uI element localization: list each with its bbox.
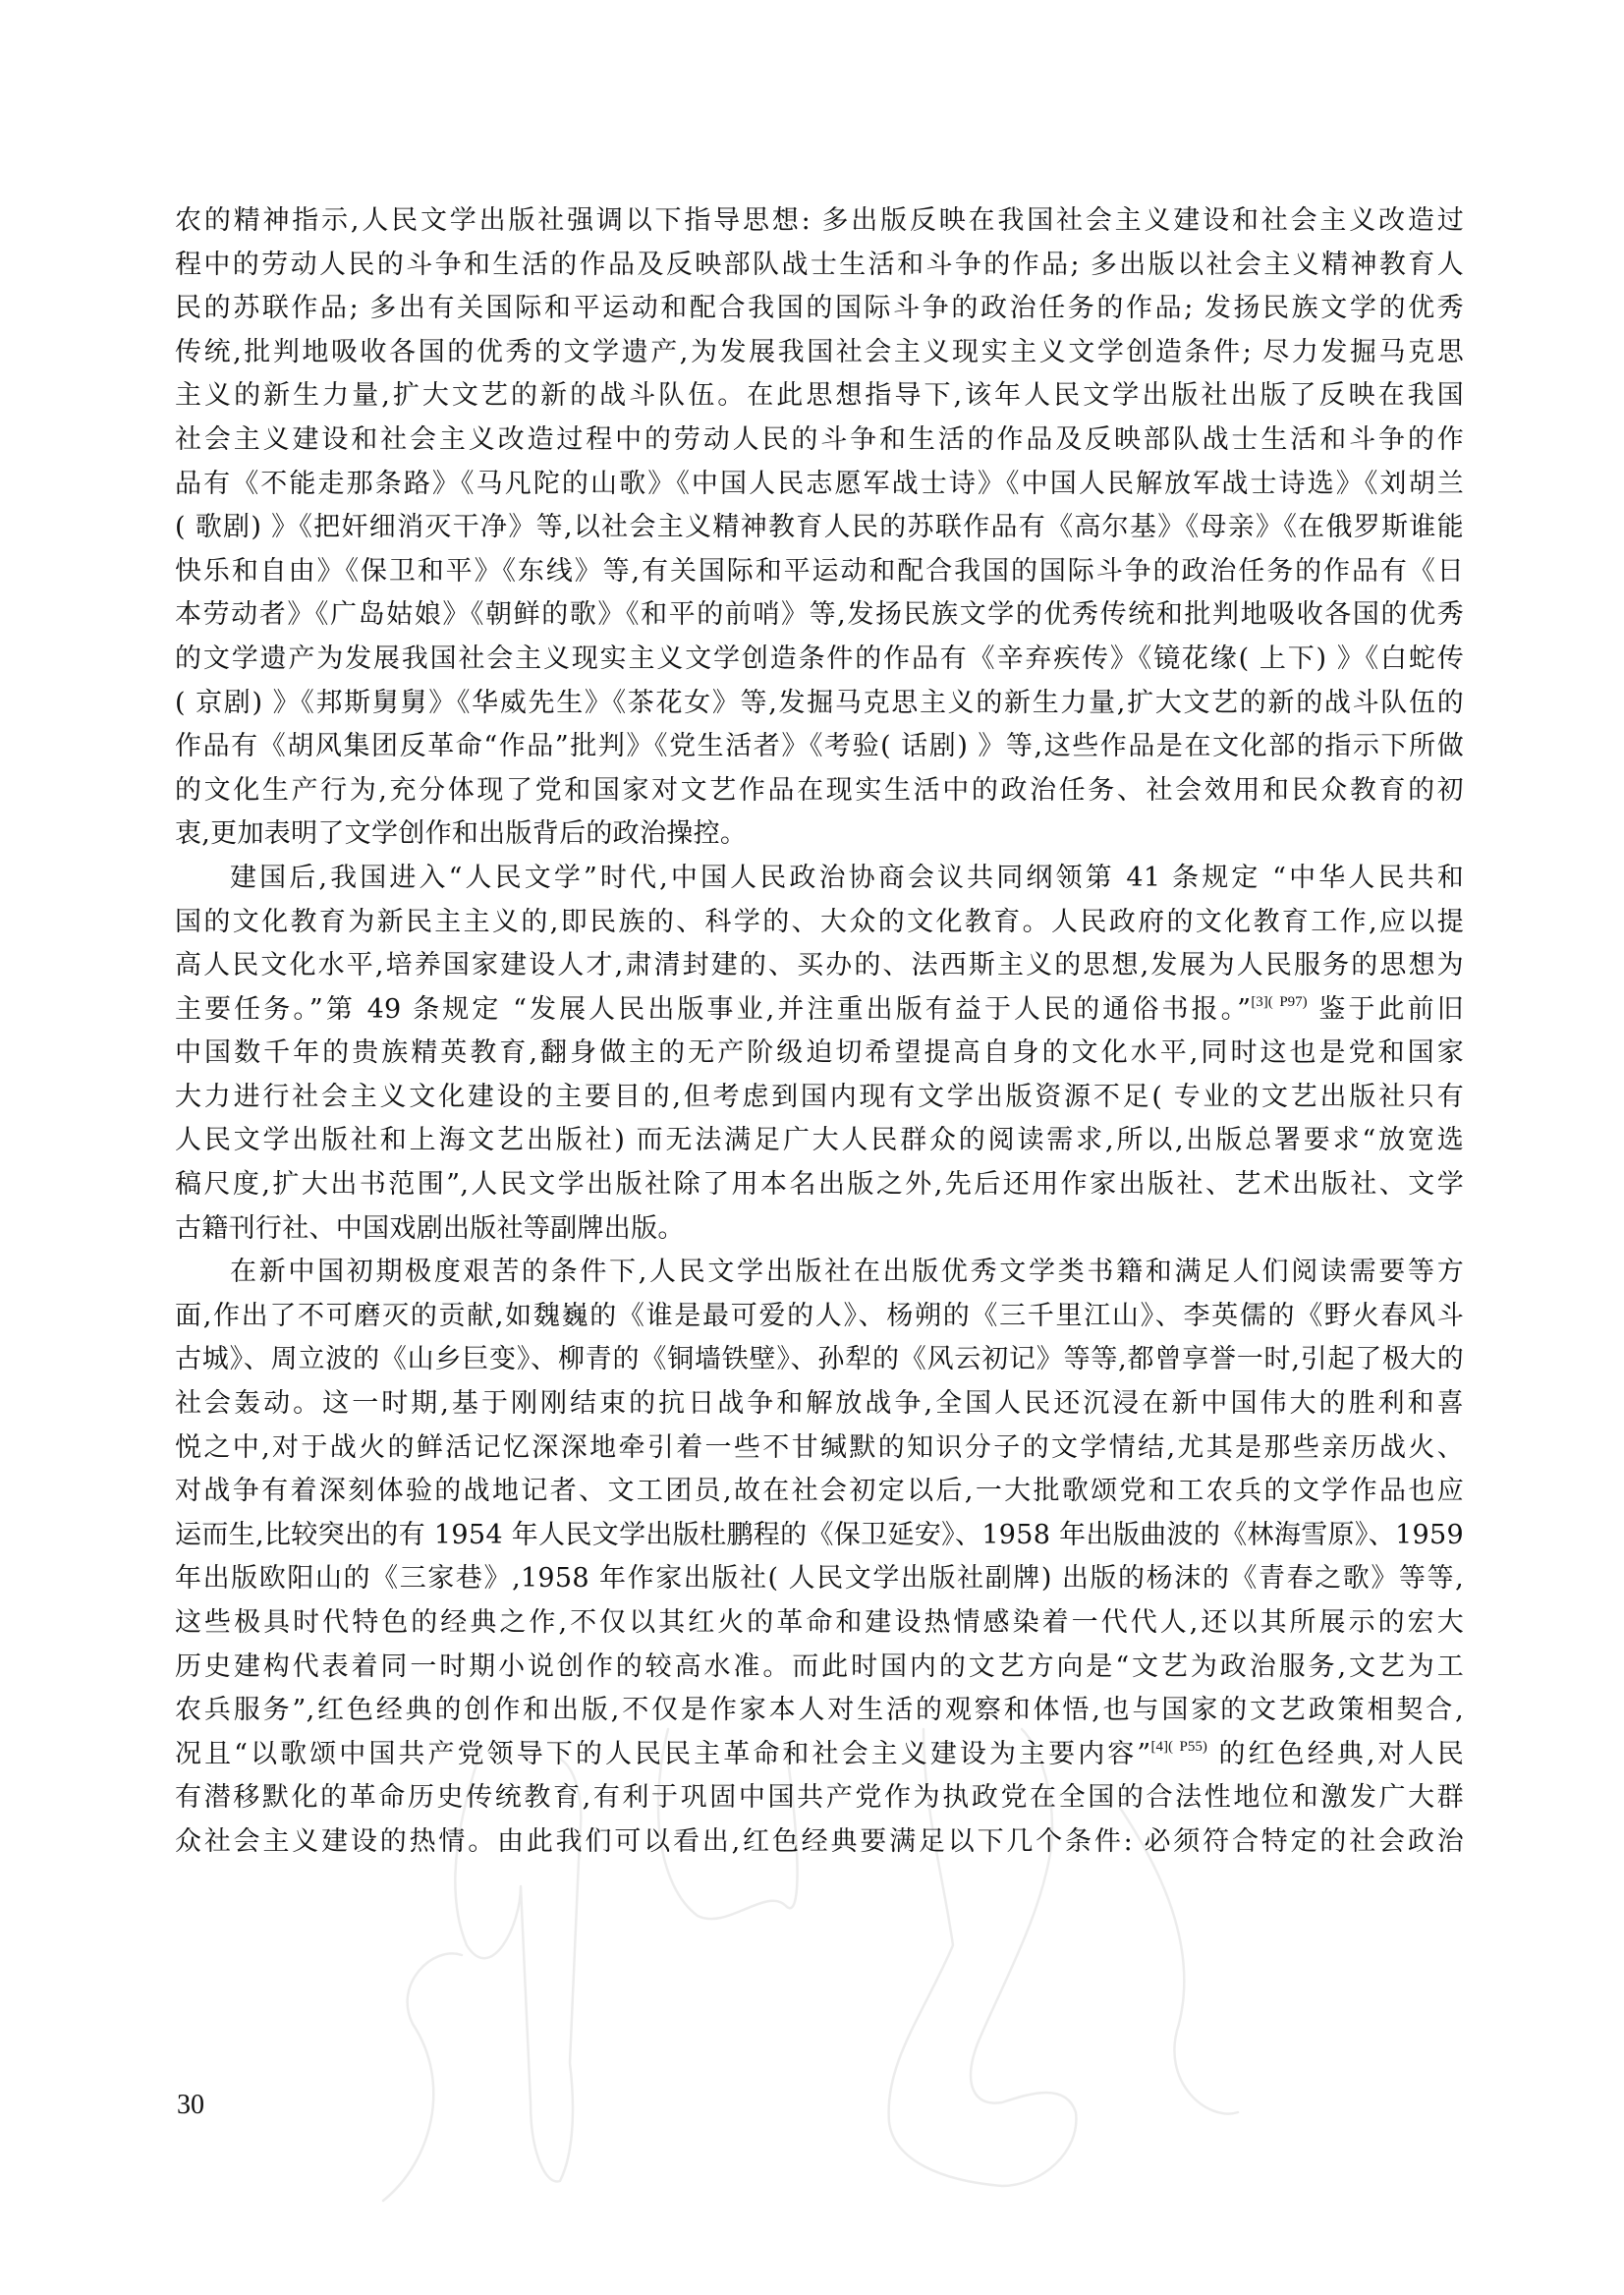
text-line: 作品有《胡风集团反革命“作品”批判》《党生活者》《考验( 话剧) 》等,这些作品…: [175, 725, 1464, 769]
body-text: 农的精神指示,人民文学出版社强调以下指导思想: 多出版反映在我国社会主义建设和社…: [175, 199, 1464, 1865]
text-line: 品有《不能走那条路》《马凡陀的山歌》《中国人民志愿军战士诗》《中国人民解放军战士…: [175, 463, 1464, 507]
text-line: 程中的劳动人民的斗争和生活的作品及反映部队战士生活和斗争的作品; 多出版以社会主…: [175, 244, 1464, 288]
text-line: 快乐和自由》《保卫和平》《东线》等,有关国际和平运动和配合我国的国际斗争的政治任…: [175, 550, 1464, 594]
text-run: 况且“以歌颂中国共产党领导下的人民民主革命和社会主义建设为主要内容”: [175, 1739, 1150, 1769]
paragraph-red-classics: 在新中国初期极度艰苦的条件下,人民文学出版社在出版优秀文学类书籍和满足人们阅读需…: [175, 1251, 1464, 1864]
text-line: 面,作出了不可磨灭的贡献,如魏巍的《谁是最可爱的人》、杨朔的《三千里江山》、李英…: [175, 1295, 1464, 1339]
text-line: 对战争有着深刻体验的战地记者、文工团员,故在社会初定以后,一大批歌颂党和工农兵的…: [175, 1470, 1464, 1514]
text-line: 运而生,比较突出的有 1954 年人民文学出版杜鹏程的《保卫延安》、1958 年…: [175, 1514, 1464, 1558]
document-page: 农的精神指示,人民文学出版社强调以下指导思想: 多出版反映在我国社会主义建设和社…: [0, 0, 1624, 2295]
paragraph-continued: 农的精神指示,人民文学出版社强调以下指导思想: 多出版反映在我国社会主义建设和社…: [175, 199, 1464, 857]
text-line: 悦之中,对于战火的鲜活记忆深深地牵引着一些不甘缄默的知识分子的文学情结,尤其是那…: [175, 1427, 1464, 1471]
text-line: 年出版欧阳山的《三家巷》,1958 年作家出版社( 人民文学出版社副牌) 出版的…: [175, 1557, 1464, 1601]
text-line: 衷,更加表明了文学创作和出版背后的政治操控。: [175, 812, 1464, 857]
text-line: 本劳动者》《广岛姑娘》《朝鲜的歌》《和平的前哨》等,发扬民族文学的优秀传统和批判…: [175, 593, 1464, 638]
text-line: 在新中国初期极度艰苦的条件下,人民文学出版社在出版优秀文学类书籍和满足人们阅读需…: [175, 1251, 1464, 1295]
text-line: 的文学遗产为发展我国社会主义现实主义文学创造条件的作品有《辛弃疾传》《镜花缘( …: [175, 638, 1464, 682]
text-line: 国的文化教育为新民主主义的,即民族的、科学的、大众的文化教育。人民政府的文化教育…: [175, 901, 1464, 945]
text-line: 社会轰动。这一时期,基于刚刚结束的抗日战争和解放战争,全国人民还沉浸在新中国伟大…: [175, 1382, 1464, 1427]
text-line: 主义的新生力量,扩大文艺的新的战斗队伍。在此思想指导下,该年人民文学出版社出版了…: [175, 374, 1464, 419]
text-line: 古城》、周立波的《山乡巨变》、柳青的《铜墙铁壁》、孙犁的《风云初记》等等,都曾享…: [175, 1338, 1464, 1382]
text-line: 民的苏联作品; 多出有关国际和平运动和配合我国的国际斗争的政治任务的作品; 发扬…: [175, 287, 1464, 331]
text-line: 建国后,我国进入“人民文学”时代,中国人民政治协商会议共同纲领第 41 条规定 …: [175, 857, 1464, 901]
text-run: 主要任务。”第 49 条规定 “发展人民出版事业,并注重出版有益于人民的通俗书报…: [175, 994, 1251, 1025]
text-line: 况且“以歌颂中国共产党领导下的人民民主革命和社会主义建设为主要内容”[4]( P…: [175, 1733, 1464, 1777]
text-line: 社会主义建设和社会主义改造过程中的劳动人民的斗争和生活的作品及反映部队战士生活和…: [175, 419, 1464, 463]
text-line: 高人民文化水平,培养国家建设人才,肃清封建的、买办的、法西斯主义的思想,发展为人…: [175, 944, 1464, 988]
citation-ref: [4]( P55): [1150, 1739, 1206, 1755]
text-line: 大力进行社会主义文化建设的主要目的,但考虑到国内现有文学出版资源不足( 专业的文…: [175, 1076, 1464, 1120]
text-line: 有潜移默化的革命历史传统教育,有利于巩固中国共产党作为执政党在全国的合法性地位和…: [175, 1776, 1464, 1820]
paragraph-founding-era: 建国后,我国进入“人民文学”时代,中国人民政治协商会议共同纲领第 41 条规定 …: [175, 857, 1464, 1251]
text-line: 主要任务。”第 49 条规定 “发展人民出版事业,并注重出版有益于人民的通俗书报…: [175, 988, 1464, 1033]
text-line: 稿尺度,扩大出书范围”,人民文学出版社除了用本名出版之外,先后还用作家出版社、艺…: [175, 1163, 1464, 1207]
text-line: 历史建构代表着同一时期小说创作的较高水准。而此时国内的文艺方向是“文艺为政治服务…: [175, 1646, 1464, 1690]
text-line: 这些极具时代特色的经典之作,不仅以其红火的革命和建设热情感染着一代代人,还以其所…: [175, 1601, 1464, 1646]
text-line: 人民文学出版社和上海文艺出版社) 而无法满足广大人民群众的阅读需求,所以,出版总…: [175, 1119, 1464, 1163]
text-line: 农兵服务”,红色经典的创作和出版,不仅是作家本人对生活的观察和体悟,也与国家的文…: [175, 1689, 1464, 1733]
text-run: 的红色经典,对人民: [1207, 1739, 1464, 1769]
text-line: 古籍刊行社、中国戏剧出版社等副牌出版。: [175, 1207, 1464, 1252]
page-number: 30: [177, 2090, 204, 2121]
text-line: 众社会主义建设的热情。由此我们可以看出,红色经典要满足以下几个条件: 必须符合特…: [175, 1820, 1464, 1865]
text-line: 中国数千年的贵族精英教育,翻身做主的无产阶级迫切希望提高自身的文化水平,同时这也…: [175, 1032, 1464, 1076]
citation-ref: [3]( P97): [1251, 994, 1307, 1010]
text-line: ( 歌剧) 》《把奸细消灭干净》等,以社会主义精神教育人民的苏联作品有《高尔基》…: [175, 506, 1464, 550]
text-line: 农的精神指示,人民文学出版社强调以下指导思想: 多出版反映在我国社会主义建设和社…: [175, 199, 1464, 244]
text-line: ( 京剧) 》《邦斯舅舅》《华威先生》《茶花女》等,发掘马克思主义的新生力量,扩…: [175, 682, 1464, 726]
text-line: 传统,批判地吸收各国的优秀的文学遗产,为发展我国社会主义现实主义文学创造条件; …: [175, 331, 1464, 375]
text-line: 的文化生产行为,充分体现了党和国家对文艺作品在现实生活中的政治任务、社会效用和民…: [175, 769, 1464, 813]
text-run: 鉴于此前旧: [1308, 994, 1464, 1025]
